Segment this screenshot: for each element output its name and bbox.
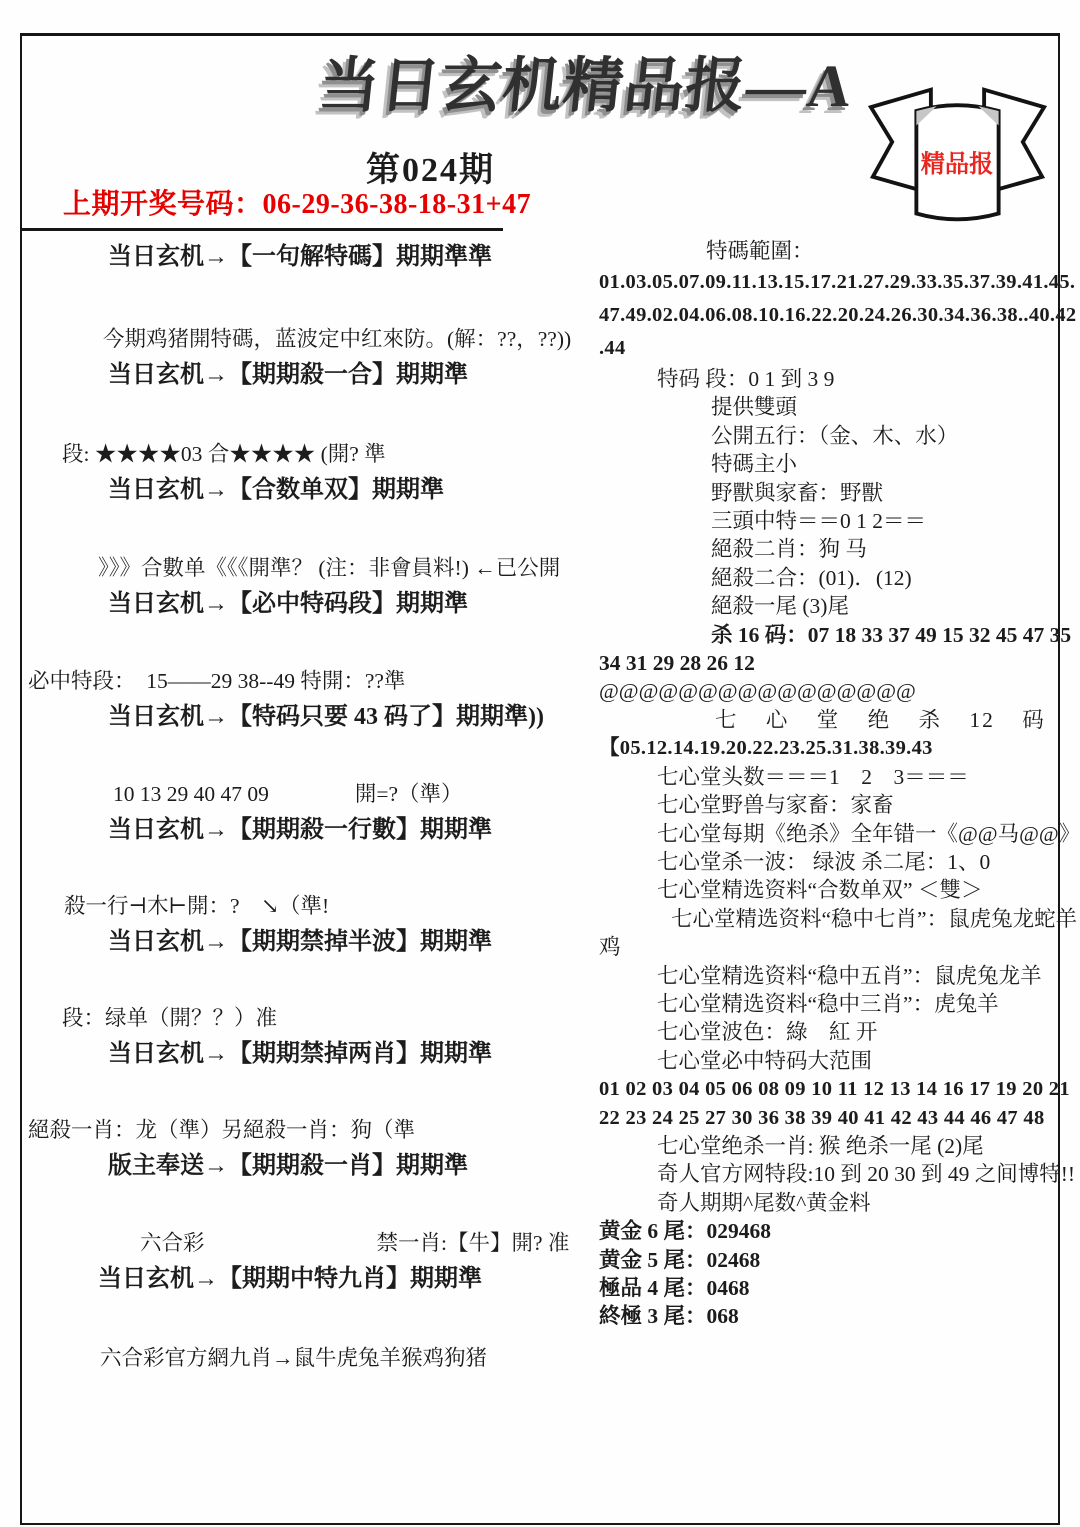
right-line: 特碼主小: [599, 450, 1061, 478]
right-line: 終極 3 尾：068: [599, 1302, 1061, 1330]
right-line: 【05.12.14.19.20.22.23.25.31.38.39.43: [599, 734, 1061, 762]
left-hint: 殺一行⊣木⊢開：? ↘（準!: [64, 889, 329, 920]
right-line: 黄金 6 尾：029468: [599, 1217, 1061, 1245]
right-line: 01.03.05.07.09.11.13.15.17.21.27.29.33.3…: [599, 266, 1061, 299]
right-line: 公開五行：（金、木、水）: [599, 422, 1061, 450]
left-main: 当日玄机→【合数单双】期期準: [108, 469, 444, 504]
right-line: 三頭中特＝＝0 1 2＝＝: [599, 507, 1061, 535]
right-line: 鸡: [599, 933, 1061, 961]
left-main: 当日玄机→【期期禁掉半波】期期準: [108, 921, 492, 956]
left-main: 当日玄机→【期期禁掉两肖】期期準: [108, 1033, 492, 1068]
page-root: 当日玄机精品报—A 第024期 上期开奖号码：06-29-36-38-18-31…: [0, 0, 1080, 1527]
left-main: 当日玄机→【期期中特九肖】期期準: [98, 1258, 482, 1293]
right-line: 34 31 29 28 26 12: [599, 649, 1061, 677]
right-line: 七心堂每期《绝杀》全年错一《@@马@@》: [599, 820, 1061, 848]
left-main: 当日玄机→【一句解特碼】期期準準: [108, 236, 492, 271]
right-line: 47.49.02.04.06.08.10.16.22.20.24.26.30.3…: [599, 299, 1061, 332]
right-line: 七心堂精选资料“稳中五肖”：鼠虎兔龙羊: [599, 962, 1061, 990]
right-line: @@@@@@@@@@@@@@@@: [599, 677, 1061, 705]
left-hint: 10 13 29 40 47 09 開=?（準）: [113, 777, 463, 808]
right-line: 七心堂绝杀一肖: 猴 绝杀一尾 (2)尾: [599, 1132, 1061, 1160]
right-line: 七心堂必中特码大范围: [599, 1047, 1061, 1075]
left-hint: 》》》合數单《《《開準？ (注：非會員料!) ←已公開: [98, 551, 560, 582]
header-divider: [21, 228, 503, 231]
right-line: 絕殺二合：(01)．(12): [599, 564, 1061, 592]
right-line: .44: [599, 332, 1061, 365]
right-line: 22 23 24 25 27 30 36 38 39 40 41 42 43 4…: [599, 1104, 1061, 1132]
page-title: 当日玄机精品报—A: [315, 38, 904, 124]
right-line: 特码 段：0 1 到 3 9: [599, 365, 1061, 393]
left-hint: 段：绿单（開？？）准: [62, 1001, 277, 1032]
left-hint: 段: ★★★★03 合★★★★ (開? 準: [62, 437, 386, 468]
right-line: 特碼範圍：: [599, 236, 1061, 266]
right-line: 七心堂精选资料“稳中七肖”：鼠虎兔龙蛇羊: [599, 905, 1061, 933]
right-line: 奇人期期^尾数^黄金料: [599, 1189, 1061, 1217]
left-main: 当日玄机→【特码只要 43 码了】期期準)): [108, 696, 544, 731]
right-line: 七心堂精选资料“合数单双” ＜雙＞: [599, 876, 1061, 904]
left-hint: 今期鸡猪開特碼，蓝波定中红來防。(解：??，??)): [103, 322, 571, 353]
last-draw-numbers: 上期开奖号码：06-29-36-38-18-31+47: [63, 182, 531, 222]
right-column: 特碼範圍： 01.03.05.07.09.11.13.15.17.21.27.2…: [599, 236, 1061, 1331]
right-line: 七心堂杀一波： 绿波 杀二尾：1、0: [599, 848, 1061, 876]
right-line: 極品 4 尾：0468: [599, 1274, 1061, 1302]
right-line: 杀 16 码：07 18 33 37 49 15 32 45 47 35: [599, 621, 1061, 649]
right-line: 七心堂头数＝＝＝1 2 3＝＝＝: [599, 763, 1061, 791]
right-line: 黄金 5 尾：02468: [599, 1246, 1061, 1274]
ribbon-banner-icon: 精品报: [860, 80, 1055, 230]
right-line: 七 心 堂 绝 杀 12 码: [599, 706, 1061, 734]
right-line: 提供雙頭: [599, 393, 1061, 421]
right-line: 野獸與家畜：野獸: [599, 479, 1061, 507]
right-line: 七心堂波色：綠 紅 开: [599, 1018, 1061, 1046]
left-hint: 絕殺一肖：龙（準）另絕殺一肖：狗（準: [28, 1113, 415, 1144]
left-footer-line: 六合彩官方網九肖→鼠牛虎兔羊猴鸡狗猪: [100, 1341, 487, 1372]
left-main: 当日玄机→【期期殺一合】期期準: [108, 354, 468, 389]
left-main: 当日玄机→【期期殺一行數】期期準: [108, 809, 492, 844]
right-line: 奇人官方网特段:10 到 20 30 到 49 之间博特!!: [599, 1160, 1061, 1188]
left-hint: 必中特段： 15——29 38--49 特開：??準: [28, 664, 405, 695]
left-main: 当日玄机→【必中特码段】期期準: [108, 583, 468, 618]
left-main: 版主奉送→【期期殺一肖】期期準: [108, 1145, 468, 1180]
right-line: 絕殺一尾 (3)尾: [599, 592, 1061, 620]
right-line: 七心堂精选资料“稳中三肖”：虎兔羊: [599, 990, 1061, 1018]
right-line: 絕殺二肖：狗 马: [599, 535, 1061, 563]
banner-label: 精品报: [921, 150, 994, 178]
right-line: 01 02 03 04 05 06 08 09 10 11 12 13 14 1…: [599, 1075, 1061, 1103]
right-line: 七心堂野兽与家畜：家畜: [599, 791, 1061, 819]
left-hint: 六合彩 禁一肖:【牛】開? 准: [140, 1226, 569, 1257]
